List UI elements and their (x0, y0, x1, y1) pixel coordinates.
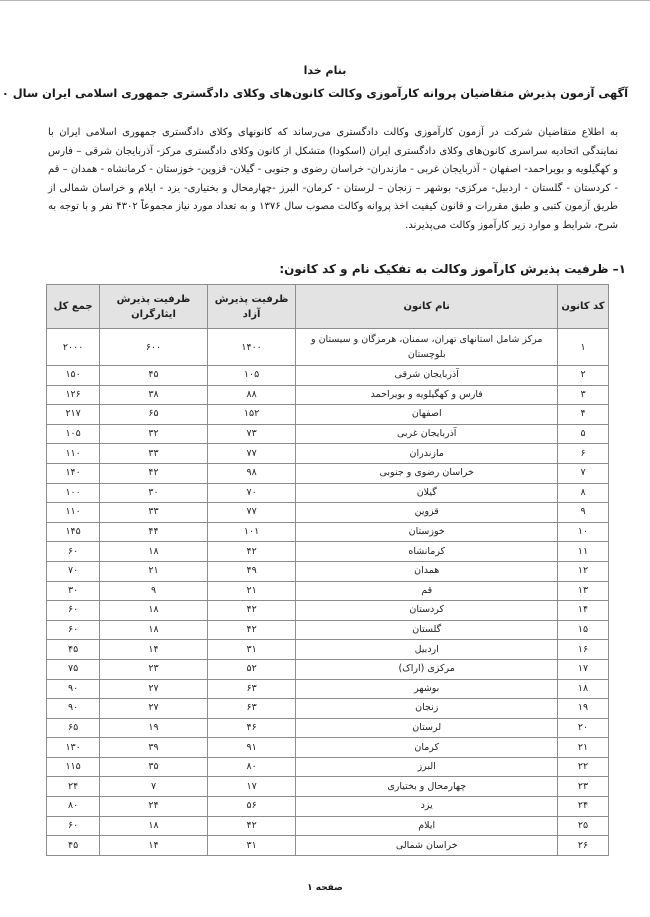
cell-veterans: ۲۴ (100, 797, 208, 817)
table-row: ۱۸بوشهر۶۳۲۷۹۰ (47, 679, 609, 699)
cell-total: ۶۰ (47, 542, 100, 562)
cell-code: ۲۳ (558, 777, 609, 797)
cell-free: ۷۷ (207, 444, 296, 464)
cell-name: لرستان (296, 718, 558, 738)
table-row: ۲۲البرز۸۰۳۵۱۱۵ (47, 757, 609, 777)
section-heading: ۱– ظرفیت پذیرش کارآموز وکالت به تفکیک نا… (200, 262, 626, 276)
cell-veterans: ۳۳ (100, 503, 208, 523)
table-body: ۱مرکز شامل استانهای تهران، سمنان، هرمزگا… (47, 329, 609, 856)
cell-free: ۷۳ (207, 424, 296, 444)
table-row: ۱۴کردستان۴۲۱۸۶۰ (47, 601, 609, 621)
cell-free: ۳۱ (207, 640, 296, 660)
cell-veterans: ۳۳ (100, 444, 208, 464)
cell-free: ۱۰۵ (207, 366, 296, 386)
cell-veterans: ۳۸ (100, 385, 208, 405)
table-row: ۱مرکز شامل استانهای تهران، سمنان، هرمزگا… (47, 329, 609, 366)
table-row: ۴اصفهان۱۵۲۶۵۲۱۷ (47, 405, 609, 425)
cell-free: ۹۱ (207, 738, 296, 758)
cell-total: ۶۰ (47, 601, 100, 621)
announcement-title: آگهی آزمون پذیرش متقاضیان پروانه کارآموز… (52, 86, 628, 100)
table-row: ۱۵گلستان۴۲۱۸۶۰ (47, 620, 609, 640)
table-header-row: کد کانون نام کانون ظرفیت پذیرش آزاد ظرفی… (47, 285, 609, 329)
cell-code: ۱ (558, 329, 609, 366)
cell-free: ۴۲ (207, 620, 296, 640)
cell-name: کردستان (296, 601, 558, 621)
cell-veterans: ۱۴ (100, 836, 208, 856)
cell-total: ۱۱۰ (47, 444, 100, 464)
cell-total: ۹۰ (47, 679, 100, 699)
cell-free: ۱۵۲ (207, 405, 296, 425)
cell-total: ۹۰ (47, 699, 100, 719)
cell-name: کرمانشاه (296, 542, 558, 562)
header-name: نام کانون (296, 285, 558, 329)
cell-name: قم (296, 581, 558, 601)
cell-code: ۵ (558, 424, 609, 444)
cell-code: ۱۱ (558, 542, 609, 562)
cell-name: چهارمحال و بختیاری (296, 777, 558, 797)
cell-name: همدان (296, 561, 558, 581)
cell-code: ۱۰ (558, 522, 609, 542)
cell-free: ۹۸ (207, 463, 296, 483)
table-row: ۷خراسان رضوی و جنوبی۹۸۴۲۱۴۰ (47, 463, 609, 483)
cell-total: ۱۰۰ (47, 483, 100, 503)
cell-code: ۱۹ (558, 699, 609, 719)
cell-code: ۲۲ (558, 757, 609, 777)
cell-name: اردبیل (296, 640, 558, 660)
cell-name: کرمان (296, 738, 558, 758)
cell-name: فارس و کهگیلویه و بویراحمد (296, 385, 558, 405)
cell-total: ۶۰ (47, 620, 100, 640)
cell-name: قزوین (296, 503, 558, 523)
header-free: ظرفیت پذیرش آزاد (207, 285, 296, 329)
cell-total: ۲۰۰۰ (47, 329, 100, 366)
header-code: کد کانون (558, 285, 609, 329)
cell-free: ۵۶ (207, 797, 296, 817)
cell-veterans: ۲۷ (100, 699, 208, 719)
header-veterans: ظرفیت پذیرش ایثارگران (100, 285, 208, 329)
cell-veterans: ۱۸ (100, 601, 208, 621)
cell-total: ۱۲۶ (47, 385, 100, 405)
table-row: ۱۷مرکزی (اراک)۵۲۲۳۷۵ (47, 659, 609, 679)
cell-veterans: ۱۸ (100, 816, 208, 836)
cell-free: ۶۳ (207, 679, 296, 699)
table-row: ۹قزوین۷۷۳۳۱۱۰ (47, 503, 609, 523)
cell-code: ۱۴ (558, 601, 609, 621)
cell-total: ۶۰ (47, 816, 100, 836)
cell-veterans: ۲۱ (100, 561, 208, 581)
cell-total: ۷۵ (47, 659, 100, 679)
cell-total: ۲۱۷ (47, 405, 100, 425)
cell-free: ۴۹ (207, 561, 296, 581)
intro-paragraph: به اطلاع متقاضیان شرکت در آزمون کارآموزی… (48, 124, 618, 236)
cell-free: ۴۲ (207, 601, 296, 621)
cell-free: ۸۰ (207, 757, 296, 777)
cell-veterans: ۳۲ (100, 424, 208, 444)
cell-free: ۲۱ (207, 581, 296, 601)
cell-free: ۴۶ (207, 718, 296, 738)
cell-total: ۱۳۰ (47, 738, 100, 758)
table-row: ۵آذربایجان غربی۷۳۳۲۱۰۵ (47, 424, 609, 444)
cell-code: ۱۳ (558, 581, 609, 601)
cell-name: خراسان رضوی و جنوبی (296, 463, 558, 483)
cell-total: ۸۰ (47, 797, 100, 817)
cell-veterans: ۳۵ (100, 757, 208, 777)
table-row: ۳فارس و کهگیلویه و بویراحمد۸۸۳۸۱۲۶ (47, 385, 609, 405)
cell-code: ۴ (558, 405, 609, 425)
cell-free: ۷۷ (207, 503, 296, 523)
table-row: ۱۶اردبیل۳۱۱۴۴۵ (47, 640, 609, 660)
cell-veterans: ۳۰ (100, 483, 208, 503)
cell-name: گلستان (296, 620, 558, 640)
cell-veterans: ۳۹ (100, 738, 208, 758)
cell-name: مازندران (296, 444, 558, 464)
cell-free: ۶۳ (207, 699, 296, 719)
cell-code: ۲۶ (558, 836, 609, 856)
cell-code: ۱۷ (558, 659, 609, 679)
table-row: ۱۹زنجان۶۳۲۷۹۰ (47, 699, 609, 719)
cell-code: ۱۶ (558, 640, 609, 660)
cell-free: ۳۱ (207, 836, 296, 856)
cell-code: ۲۰ (558, 718, 609, 738)
cell-total: ۱۵۰ (47, 366, 100, 386)
cell-total: ۱۴۵ (47, 522, 100, 542)
cell-code: ۹ (558, 503, 609, 523)
cell-name: بوشهر (296, 679, 558, 699)
cell-veterans: ۴۵ (100, 366, 208, 386)
table-row: ۲۳چهارمحال و بختیاری۱۷۷۲۴ (47, 777, 609, 797)
table-row: ۱۳قم۲۱۹۳۰ (47, 581, 609, 601)
cell-veterans: ۴۲ (100, 463, 208, 483)
table-row: ۲آذربایجان شرقی۱۰۵۴۵۱۵۰ (47, 366, 609, 386)
cell-total: ۱۰۵ (47, 424, 100, 444)
cell-code: ۷ (558, 463, 609, 483)
cell-free: ۱۴۰۰ (207, 329, 296, 366)
page-number: صفحه ۱ (0, 883, 650, 893)
cell-veterans: ۷ (100, 777, 208, 797)
table-row: ۲۵ایلام۴۲۱۸۶۰ (47, 816, 609, 836)
cell-veterans: ۶۵ (100, 405, 208, 425)
cell-name: یزد (296, 797, 558, 817)
cell-veterans: ۶۰۰ (100, 329, 208, 366)
cell-veterans: ۲۷ (100, 679, 208, 699)
cell-code: ۱۲ (558, 561, 609, 581)
table-row: ۱۰خوزستان۱۰۱۴۴۱۴۵ (47, 522, 609, 542)
cell-name: خوزستان (296, 522, 558, 542)
cell-free: ۱۰۱ (207, 522, 296, 542)
cell-name: ایلام (296, 816, 558, 836)
cell-code: ۱۵ (558, 620, 609, 640)
cell-total: ۱۱۵ (47, 757, 100, 777)
cell-name: مرکز شامل استانهای تهران، سمنان، هرمزگان… (296, 329, 558, 366)
cell-veterans: ۱۸ (100, 620, 208, 640)
cell-free: ۱۷ (207, 777, 296, 797)
header-total: جمع کل (47, 285, 100, 329)
cell-total: ۲۴ (47, 777, 100, 797)
cell-total: ۴۵ (47, 836, 100, 856)
table-row: ۲۰لرستان۴۶۱۹۶۵ (47, 718, 609, 738)
cell-code: ۲۴ (558, 797, 609, 817)
table-row: ۲۴یزد۵۶۲۴۸۰ (47, 797, 609, 817)
cell-veterans: ۲۳ (100, 659, 208, 679)
cell-name: آذربایجان غربی (296, 424, 558, 444)
cell-code: ۲۱ (558, 738, 609, 758)
document-page: بنام خدا آگهی آزمون پذیرش متقاضیان پروان… (0, 0, 650, 917)
cell-total: ۱۴۰ (47, 463, 100, 483)
cell-free: ۷۰ (207, 483, 296, 503)
cell-code: ۱۸ (558, 679, 609, 699)
cell-veterans: ۹ (100, 581, 208, 601)
cell-free: ۸۸ (207, 385, 296, 405)
cell-total: ۳۰ (47, 581, 100, 601)
cell-name: مرکزی (اراک) (296, 659, 558, 679)
cell-veterans: ۱۹ (100, 718, 208, 738)
cell-code: ۲ (558, 366, 609, 386)
cell-name: زنجان (296, 699, 558, 719)
table-row: ۱۱کرمانشاه۴۲۱۸۶۰ (47, 542, 609, 562)
table-row: ۲۱کرمان۹۱۳۹۱۳۰ (47, 738, 609, 758)
cell-name: اصفهان (296, 405, 558, 425)
cell-name: خراسان شمالی (296, 836, 558, 856)
cell-code: ۲۵ (558, 816, 609, 836)
cell-name: گیلان (296, 483, 558, 503)
cell-total: ۷۰ (47, 561, 100, 581)
cell-free: ۴۲ (207, 542, 296, 562)
cell-code: ۳ (558, 385, 609, 405)
table-row: ۸گیلان۷۰۳۰۱۰۰ (47, 483, 609, 503)
cell-free: ۴۲ (207, 816, 296, 836)
table-row: ۶مازندران۷۷۳۳۱۱۰ (47, 444, 609, 464)
cell-veterans: ۴۴ (100, 522, 208, 542)
cell-total: ۱۱۰ (47, 503, 100, 523)
cell-name: آذربایجان شرقی (296, 366, 558, 386)
cell-name: البرز (296, 757, 558, 777)
table-row: ۲۶خراسان شمالی۳۱۱۴۴۵ (47, 836, 609, 856)
cell-veterans: ۱۸ (100, 542, 208, 562)
cell-code: ۶ (558, 444, 609, 464)
table-row: ۱۲همدان۴۹۲۱۷۰ (47, 561, 609, 581)
cell-code: ۸ (558, 483, 609, 503)
capacity-table: کد کانون نام کانون ظرفیت پذیرش آزاد ظرفی… (46, 284, 609, 856)
cell-free: ۵۲ (207, 659, 296, 679)
cell-total: ۶۵ (47, 718, 100, 738)
cell-total: ۴۵ (47, 640, 100, 660)
bismillah-heading: بنام خدا (0, 64, 650, 77)
cell-veterans: ۱۴ (100, 640, 208, 660)
